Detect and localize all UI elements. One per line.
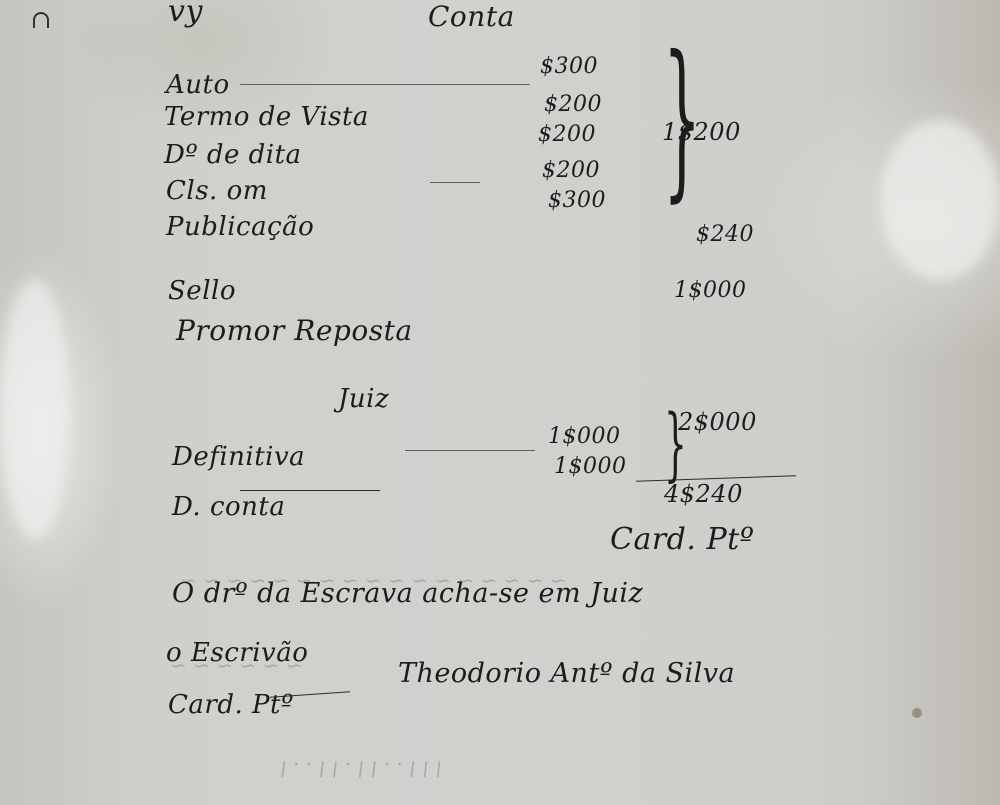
sello-label: Sello xyxy=(168,276,236,306)
note-line-1: O drº da Escrava acha-se em Juiz xyxy=(172,578,643,609)
underline xyxy=(240,490,380,491)
subtotal-2: 2$000 xyxy=(678,408,757,436)
juiz-item-label: Definitiva xyxy=(172,442,305,472)
juiz-heading: Juiz xyxy=(338,384,389,414)
item-amount: $200 xyxy=(542,158,600,183)
paper-stain xyxy=(880,120,1000,280)
item-amount: $300 xyxy=(540,54,598,79)
signature-2: Card. Ptº xyxy=(168,690,294,720)
leader-line xyxy=(405,450,535,451)
clerk-name: Theodorio Antº da Silva xyxy=(398,658,735,689)
item-label: Auto xyxy=(166,70,230,100)
promotor-label: Promor Reposta xyxy=(176,314,413,347)
publicacao-label: Publicação xyxy=(166,212,314,242)
signature-1: Card. Ptº xyxy=(610,522,754,557)
publicacao-amount: $240 xyxy=(696,222,754,247)
item-amount: $200 xyxy=(538,122,596,147)
paper-stain xyxy=(0,280,70,540)
leader-line xyxy=(240,84,530,85)
note-line-2: o Escrivão xyxy=(166,638,308,668)
item-label: Dº de dita xyxy=(164,140,302,170)
grand-total: 4$240 xyxy=(664,480,743,508)
hole-mark xyxy=(33,12,49,28)
item-amount: $300 xyxy=(548,188,606,213)
document-page: ~ ~ ~ ~ ~ ~ ~ ~ ~ ~ ~ ~ ~ ~ ~ ~ ~ ~ ~ ~ … xyxy=(0,0,1000,805)
subtotal-1: 1$200 xyxy=(662,118,741,146)
sello-amount: 1$000 xyxy=(674,278,747,303)
juiz-item-amount: 1$000 xyxy=(554,454,627,479)
document-title: Conta xyxy=(428,0,515,33)
item-label: Cls. om xyxy=(166,176,268,206)
juiz-item-label: D. conta xyxy=(172,492,285,522)
item-label: Termo de Vista xyxy=(164,102,369,132)
bleed-through-text: \ . . \ \ . \ \ . . \ \ \ xyxy=(280,758,442,782)
corner-mark: vy xyxy=(168,0,203,29)
spot-mark xyxy=(912,708,922,718)
juiz-item-amount: 1$000 xyxy=(548,424,621,449)
leader-line xyxy=(430,182,480,183)
item-amount: $200 xyxy=(544,92,602,117)
